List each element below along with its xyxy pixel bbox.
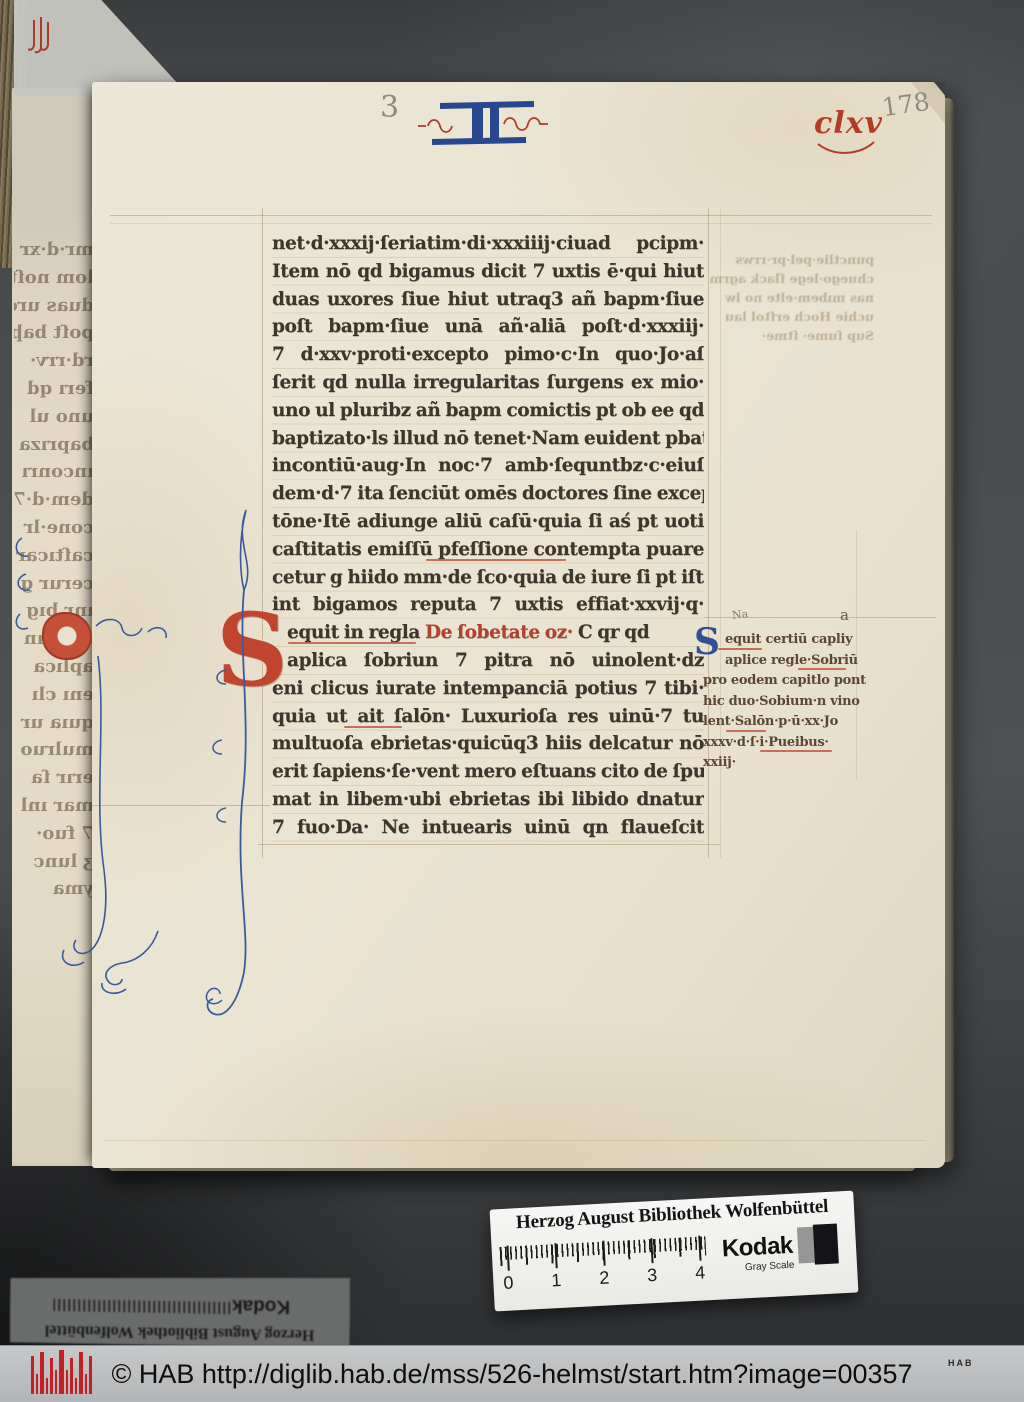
photo-stage: mr·d·xrlom noſtduas uropoſt baþrd·rrv·fe…: [0, 0, 1024, 1402]
text-line: 7 fuo·Da· Ne intuearis uinū qn flaueſcit: [272, 814, 704, 842]
main-text-lower: aplica ſobriun 7 pitra nō uinolent·dzeni…: [272, 647, 704, 842]
text-line: dem·d·7 ita ſenciūt omēs doctores ſine e…: [272, 480, 704, 508]
mirrored-card-ruler: [50, 1299, 230, 1314]
mirrored-text-line: uno ul: [14, 403, 94, 431]
mirrored-text-line: duas uro: [14, 292, 94, 320]
mirrored-text-line: dem·d·7: [14, 486, 94, 514]
gloss-line: equit certiū capliy: [725, 630, 879, 651]
mirrored-text-line: ferı qd: [14, 375, 94, 403]
showthrough-line: nas mıbem·elte no lw: [704, 288, 874, 307]
text-line: incontiū·aug·In noc·7 amb·ſequntbz·c·eiu…: [272, 452, 704, 480]
gloss-line: pro eodem capitlo pont: [703, 671, 879, 692]
gloss-line: lent·Salōn·p·ū·xx·Jo: [703, 712, 879, 733]
kodak-scale-card: Herzog August Bibliothek Wolfenbüttel 01…: [490, 1191, 859, 1312]
ruling-line: [104, 1140, 926, 1141]
quire-number-pencil: 3: [380, 90, 399, 125]
showthrough-line: chuego·lege ſlack agrm: [704, 269, 874, 288]
gloss-nota-mark: Na: [731, 607, 748, 622]
ruler-number: 4: [693, 1262, 708, 1284]
text-line: multuoſa ebrietas·quicūq3 hiis delcatur …: [272, 730, 704, 758]
marginal-gloss: equit certiū capliyaplice regle·Sobriūpr…: [703, 630, 879, 774]
showthrough-line: punctlie·pel·pr·rrws: [704, 250, 874, 269]
ruler-number: 0: [501, 1272, 516, 1294]
kodak-brand-label: Kodak: [721, 1232, 793, 1264]
blue-penwork-gutter-icon: [40, 600, 200, 1000]
mirrored-scale-card: Herzog August Bibliothek Wolfenbüttel Ko…: [10, 1278, 350, 1346]
text-line: baptizato·ls illud nō tenet·Nam euident …: [272, 425, 704, 453]
red-script-mark-icon: [28, 14, 54, 54]
gloss-line: aplice regle·Sobriū: [725, 651, 879, 672]
gray-patch: [797, 1227, 815, 1264]
caption-strip: © HAB http://diglib.hab.de/mss/526-helms…: [0, 1345, 1024, 1402]
text-line: int bigamos reputa 7 uxtis effiat·xxvij·…: [272, 591, 704, 619]
ruling-line: [110, 215, 932, 216]
text-line: cetur g hiido mm·de ſco·quia de iure ſi …: [272, 564, 704, 592]
text-line: eni clicus iurate intempanciā potius 7 t…: [272, 675, 704, 703]
text-line: Item nō qd bigamus dicit 7 uxtis ē·qui h…: [272, 258, 704, 286]
ruler-number: 3: [645, 1265, 660, 1287]
mirrored-card-brand: Kodak: [232, 1294, 290, 1317]
mirrored-card-title: Herzog August Bibliothek Wolfenbüttel: [10, 1320, 350, 1344]
text-line: aplica ſobriun 7 pitra nō uinolent·dz: [287, 647, 704, 675]
ruler-numbers: 01234: [501, 1262, 708, 1294]
text-line: 7 d·xxv·proti·excepto pimo·c·In quo·Jo·a…: [272, 341, 704, 369]
mirrored-text-line: poſt baþ: [14, 319, 94, 347]
manuscript-page: 3 clxv 178 punctlie·pel·pr·rrwschuego·le…: [92, 82, 945, 1168]
gloss-line: xxxv·d·ſ·i·Pueibus·: [703, 733, 879, 754]
corner-mark: HAB: [948, 1358, 974, 1368]
text-line: duas uxores ſiue hiut utraq3 añ bapm·ſiu…: [272, 286, 704, 314]
verso-showthrough-text: punctlie·pel·pr·rrwschuego·lege ſlack ag…: [704, 250, 874, 345]
mirrored-text-line: ınconrı: [14, 458, 94, 486]
mirrored-text-line: lom noſt: [14, 264, 94, 292]
blue-penwork-flourish-icon: [200, 502, 280, 1042]
showthrough-line: uchie Hoch erſtol lau: [704, 307, 874, 326]
text-line: tōne·Itē adiunge aliū caſū·quia ſi aś pt…: [272, 508, 704, 536]
text-line: mat in libem·ubi ebrietas ibi libido dna…: [272, 786, 704, 814]
gloss-line: hic duo·Sobium·n vino: [703, 692, 879, 713]
ruling-line: [110, 223, 932, 224]
text-line: ſerit qd nulla irregularitas ſurgens ex …: [272, 369, 704, 397]
text-line: erit ſapiens·ſe·vent mero eſtuans cito d…: [272, 758, 704, 786]
text-line: uno ul pluribz añ bapm comictis pt ob ee…: [272, 397, 704, 425]
folio-number-red: clxv: [814, 106, 883, 141]
mirrored-text-line: baprıza: [14, 431, 94, 459]
text-line: quia ut ait ſalōn· Luxurioſa res uinū·7 …: [272, 703, 704, 731]
text-line: net·d·xxxij·ſeriatim·di·xxxiiij·ciuad pc…: [272, 230, 704, 258]
gloss-line: xxiij·: [703, 753, 879, 774]
ruler-number: 2: [597, 1267, 612, 1289]
blue-roman-numeral-ornament-icon: [416, 98, 556, 148]
folio-number-pencil: 178: [880, 87, 931, 122]
mirrored-text-line: rd·rrv·: [14, 347, 94, 375]
ruler-number: 1: [549, 1270, 564, 1292]
showthrough-line: Sup ſume· ſtme·: [704, 326, 874, 345]
main-text-column: net·d·xxxij·ſeriatim·di·xxxiiij·ciuad pc…: [272, 230, 704, 842]
chapter-pre-text: equit in regla: [287, 622, 425, 643]
image-caption: © HAB http://diglib.hab.de/mss/526-helms…: [0, 1346, 1024, 1402]
chapter-post-text: C qr qd: [573, 622, 649, 643]
mirrored-text-line: mr·d·xr: [14, 236, 94, 264]
mirrored-scale-card-face: Herzog August Bibliothek Wolfenbüttel Ko…: [10, 1278, 350, 1346]
margin-signature-letter: a: [840, 606, 849, 624]
rubric-heading: De ſobetate oz·: [425, 622, 573, 643]
red-underline: [426, 559, 566, 561]
black-patch: [813, 1223, 839, 1264]
red-underline: [344, 726, 402, 728]
text-line: poſt bapm·ſiue unā añ·aliā poſt·d·xxxiij…: [272, 313, 704, 341]
gray-scale-label: Gray Scale: [745, 1260, 795, 1274]
red-underline: [288, 642, 416, 644]
ruling-line: [258, 844, 720, 845]
red-swash-icon: [816, 140, 876, 158]
